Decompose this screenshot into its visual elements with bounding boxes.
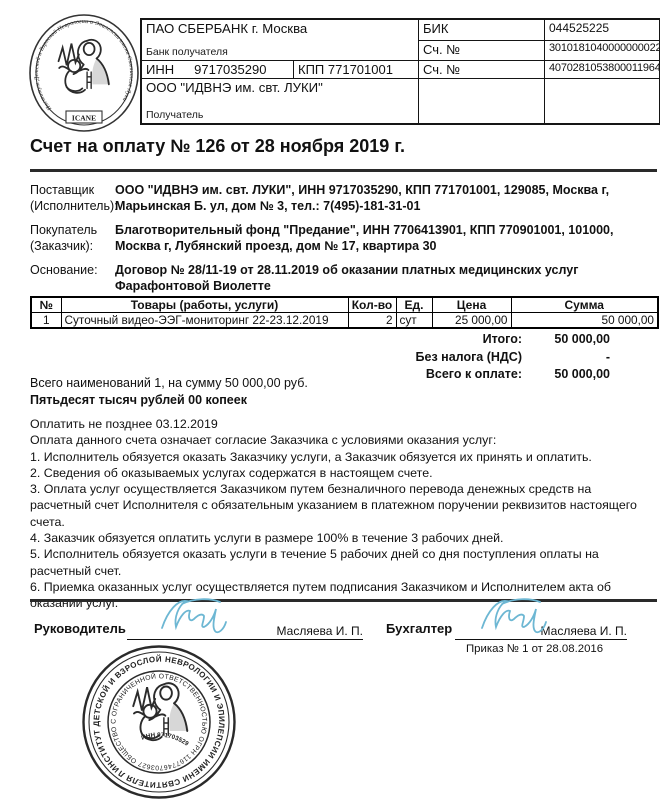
basis-label: Основание: xyxy=(30,262,115,294)
basis-row: Основание: Договор № 28/11-19 от 28.11.2… xyxy=(30,262,642,294)
item-number: 1 xyxy=(31,313,61,329)
receiver-cell: ООО "ИДВНЭ им. свт. ЛУКИ" Получатель xyxy=(142,79,419,123)
bank-name-cell: ПАО СБЕРБАНК г. Москва Банк получателя xyxy=(142,20,419,61)
basis-value: Договор № 28/11-19 от 28.11.2019 об оказ… xyxy=(115,262,642,294)
bik-label: БИК xyxy=(419,20,545,41)
term-item: 4. Заказчик обязуется оплатить услуги в … xyxy=(30,530,642,546)
tax-label: Без налога (НДС) xyxy=(416,350,522,368)
items-table: № Товары (работы, услуги) Кол-во Ед. Цен… xyxy=(30,296,659,329)
table-row: 1 Суточный видео-ЭЭГ-мониторинг 22-23.12… xyxy=(31,313,658,329)
col-price: Цена xyxy=(432,297,511,313)
item-quantity: 2 xyxy=(348,313,396,329)
institute-logo: Институт Детской и Взрослой Неврологии и… xyxy=(26,12,142,134)
col-unit: Ед. xyxy=(396,297,432,313)
col-number: № xyxy=(31,297,61,313)
empty-cell xyxy=(545,79,659,123)
director-signature-ink xyxy=(158,596,236,636)
summary-block: Всего наименований 1, на сумму 50 000,00… xyxy=(30,375,308,409)
kpp-label: КПП xyxy=(298,62,324,77)
pay-before-line: Оплатить не позднее 03.12.2019 xyxy=(30,416,642,432)
director-label: Руководитель xyxy=(34,621,126,636)
order-note: Приказ № 1 от 28.08.2016 xyxy=(466,643,603,655)
receiver-label: Получатель xyxy=(146,110,414,121)
item-unit: сут xyxy=(396,313,432,329)
mother-child-drawing xyxy=(59,40,111,93)
tax-value: - xyxy=(522,350,610,368)
term-item: 1. Исполнитель обязуется оказать Заказчи… xyxy=(30,449,642,465)
col-quantity: Кол-во xyxy=(348,297,396,313)
items-count-line: Всего наименований 1, на сумму 50 000,00… xyxy=(30,375,308,392)
director-name: Масляева И. П. xyxy=(277,624,363,638)
account-label: Сч. № xyxy=(419,61,545,79)
corr-account-value: 30101810400000000225 xyxy=(545,41,659,61)
parties-block: Поставщик (Исполнитель): ООО "ИДВНЭ им. … xyxy=(30,182,642,302)
bank-requisites-table: ПАО СБЕРБАНК г. Москва Банк получателя Б… xyxy=(140,18,660,125)
inn-label: ИНН xyxy=(146,62,174,77)
accountant-signature-ink xyxy=(478,596,556,636)
term-item: 2. Сведения об оказываемых услугах содер… xyxy=(30,465,642,481)
item-name: Суточный видео-ЭЭГ-мониторинг 22-23.12.2… xyxy=(61,313,348,329)
col-goods: Товары (работы, услуги) xyxy=(61,297,348,313)
empty-cell xyxy=(419,79,545,123)
bik-value: 044525225 xyxy=(545,20,659,41)
invoice-title: Счет на оплату № 126 от 28 ноября 2019 г… xyxy=(30,136,405,157)
bank-label: Банк получателя xyxy=(146,47,414,58)
kpp-value: 771701001 xyxy=(328,62,393,77)
items-header-row: № Товары (работы, услуги) Кол-во Ед. Цен… xyxy=(31,297,658,313)
item-price: 25 000,00 xyxy=(432,313,511,329)
bank-name: ПАО СБЕРБАНК г. Москва xyxy=(146,22,414,36)
total-label: Итого: xyxy=(483,332,522,350)
terms-intro: Оплата данного счета означает согласие З… xyxy=(30,432,642,448)
receiver-name: ООО "ИДВНЭ им. свт. ЛУКИ" xyxy=(146,81,414,95)
company-stamp: ИНСТИТУТ ДЕТСКОЙ И ВЗРОСЛОЙ НЕВРОЛОГИИ И… xyxy=(64,643,254,803)
supplier-label: Поставщик (Исполнитель): xyxy=(30,182,115,214)
terms-block: Оплатить не позднее 03.12.2019 Оплата да… xyxy=(30,416,642,612)
grand-total-value: 50 000,00 xyxy=(522,367,610,385)
account-value: 40702810538000119648 xyxy=(545,61,659,79)
supplier-value: ООО "ИДВНЭ им. свт. ЛУКИ", ИНН 971703529… xyxy=(115,182,642,214)
item-sum: 50 000,00 xyxy=(511,313,658,329)
kpp-cell: КПП 771701001 xyxy=(294,61,419,79)
inn-cell: ИНН9717035290 xyxy=(142,61,294,79)
buyer-row: Покупатель (Заказчик): Благотворительный… xyxy=(30,222,642,254)
logo-caption: ICANE xyxy=(72,114,96,123)
total-value: 50 000,00 xyxy=(522,332,610,350)
title-divider xyxy=(30,169,657,172)
signature-divider xyxy=(30,599,657,602)
mother-child-drawing xyxy=(133,683,188,740)
total-row: Итого: 50 000,00 xyxy=(212,332,610,350)
tax-row: Без налога (НДС) - xyxy=(212,350,610,368)
col-sum: Сумма xyxy=(511,297,658,313)
inn-value: 9717035290 xyxy=(194,62,266,77)
buyer-label: Покупатель (Заказчик): xyxy=(30,222,115,254)
supplier-row: Поставщик (Исполнитель): ООО "ИДВНЭ им. … xyxy=(30,182,642,214)
term-item: 3. Оплата услуг осуществляется Заказчико… xyxy=(30,481,642,530)
corr-account-label: Сч. № xyxy=(419,41,545,61)
grand-total-label: Всего к оплате: xyxy=(426,367,522,385)
term-item: 5. Исполнитель обязуется оказать услуги … xyxy=(30,546,642,579)
accountant-label: Бухгалтер xyxy=(386,621,452,636)
buyer-value: Благотворительный фонд "Предание", ИНН 7… xyxy=(115,222,642,254)
amount-in-words: Пятьдесят тысяч рублей 00 копеек xyxy=(30,392,308,409)
